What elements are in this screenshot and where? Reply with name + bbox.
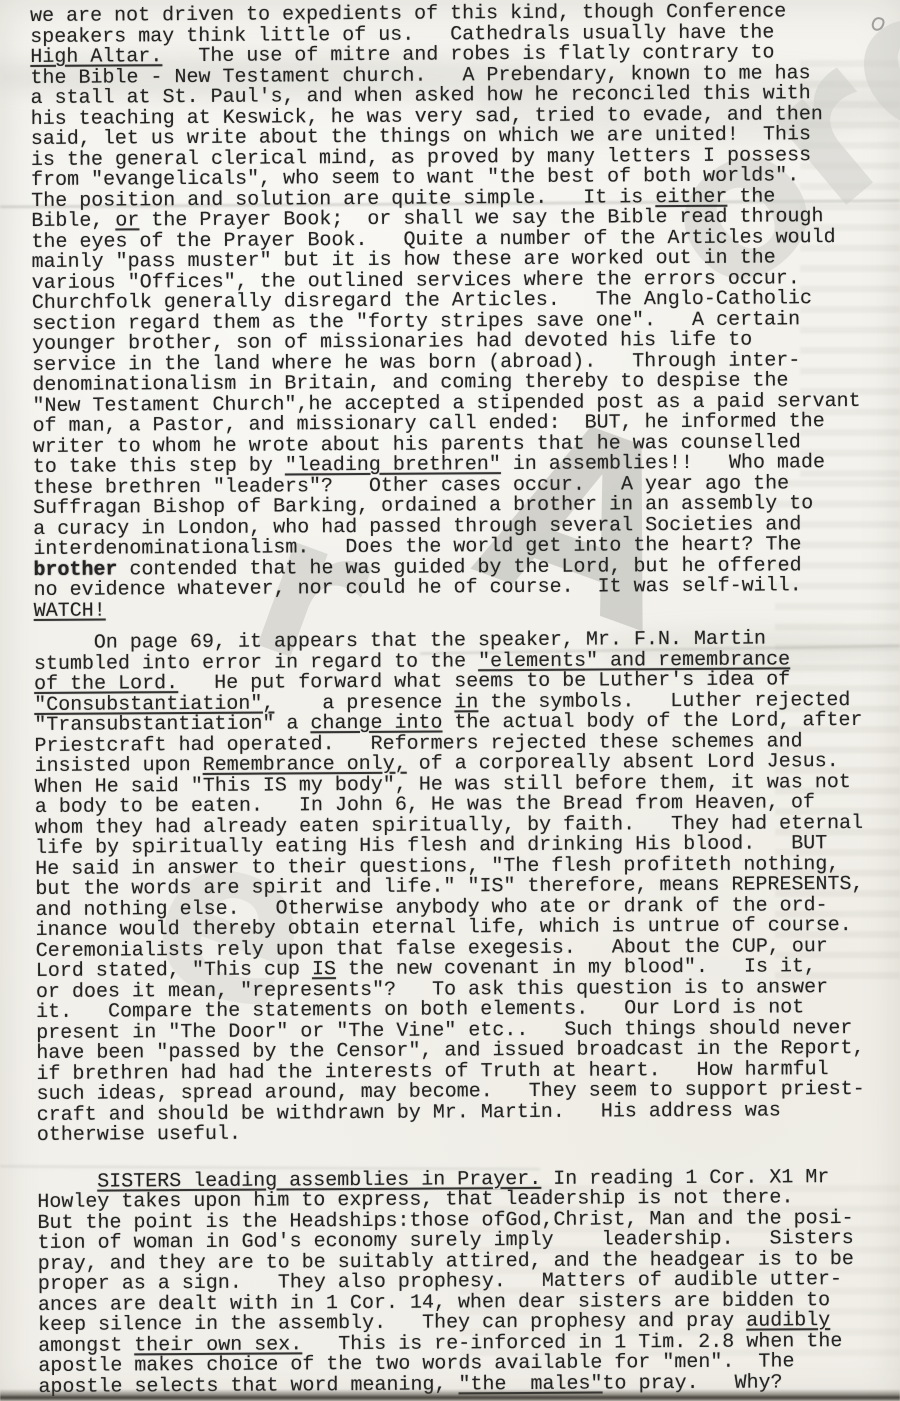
scanned-document-page: orgrAe we are not driven to expedients o… xyxy=(0,0,900,1401)
text-segment: no evidence whatever, nor could he of co… xyxy=(33,574,801,602)
page-bottom-edge-shadow xyxy=(0,1389,900,1401)
document-line: otherwise useful. xyxy=(37,1121,897,1147)
text-segment: otherwise useful. xyxy=(37,1123,241,1147)
text-segment: WATCH! xyxy=(34,599,106,622)
paragraph: we are not driven to expedients of this … xyxy=(30,2,894,622)
document-text: we are not driven to expedients of this … xyxy=(30,2,898,1398)
paragraph: On page 69, it appears that the speaker,… xyxy=(34,629,897,1147)
paragraph: SISTERS leading assemblies in Prayer. In… xyxy=(37,1167,898,1398)
